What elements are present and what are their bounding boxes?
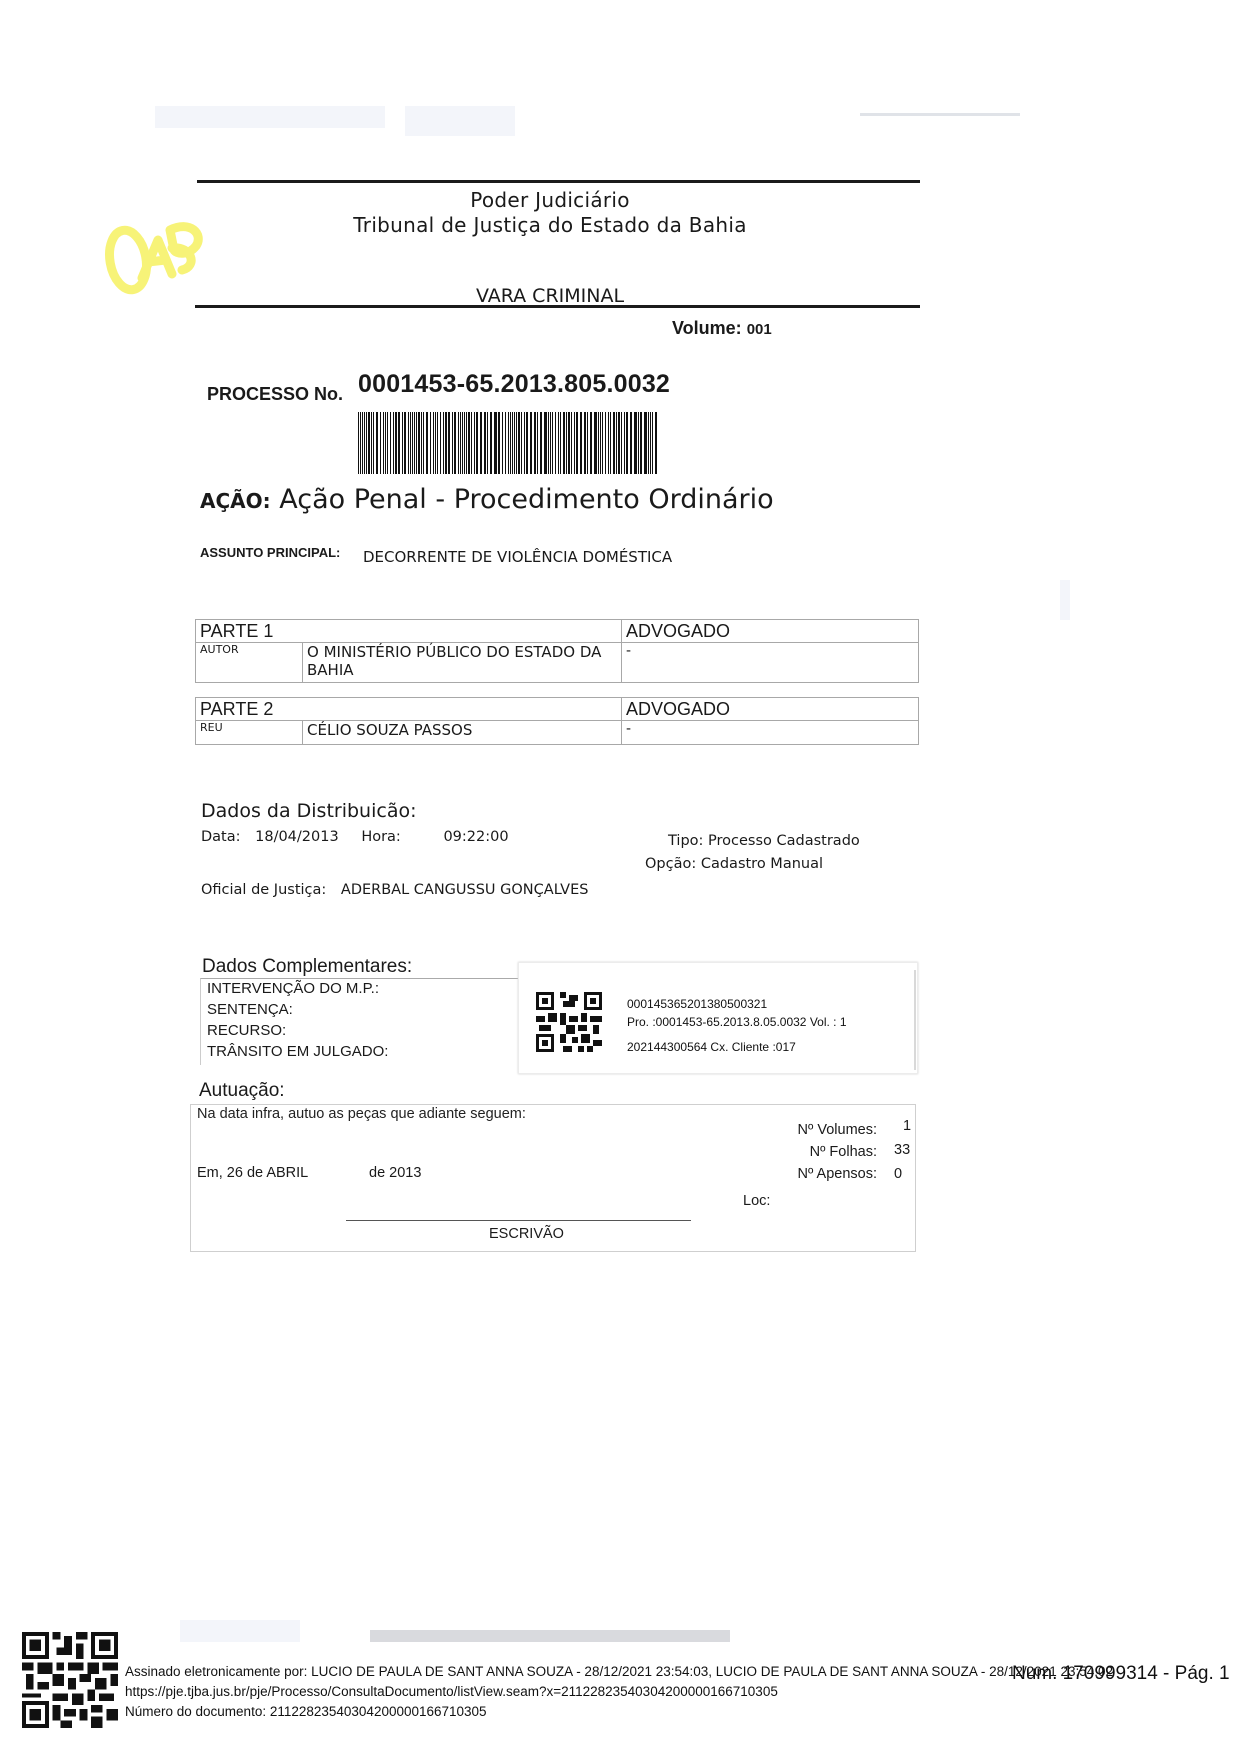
- footer-url[interactable]: https://pje.tjba.jus.br/pje/Processo/Con…: [125, 1684, 778, 1699]
- parte-2-header: PARTE 2: [196, 698, 622, 721]
- autuacao-text: Na data infra, autuo as peças que adiant…: [197, 1106, 526, 1122]
- barcode-bar: [385, 412, 386, 474]
- header-tribunal: Tribunal de Justiça do Estado da Bahia: [180, 213, 920, 237]
- barcode-bar: [630, 412, 632, 474]
- barcode-bar: [502, 412, 503, 474]
- barcode-bar: [358, 412, 359, 474]
- barcode-bar: [574, 412, 575, 474]
- barcode-bar: [610, 412, 611, 474]
- barcode-bar: [645, 412, 647, 474]
- parte-2-table: PARTE 2 ADVOGADO REU CÉLIO SOUZA PASSOS …: [195, 697, 919, 745]
- footer-signed-by: Assinado eletronicamente por: LUCIO DE P…: [125, 1664, 1113, 1679]
- barcode-bar: [408, 412, 409, 474]
- barcode-bar: [460, 412, 461, 474]
- barcode-bar: [368, 412, 370, 474]
- barcode-bar: [524, 412, 525, 474]
- barcode-bar: [480, 412, 482, 474]
- barcode-bar: [585, 412, 586, 474]
- acao-label: AÇÃO:: [200, 489, 271, 513]
- apensos-value: 0: [894, 1166, 902, 1182]
- barcode-bar: [410, 412, 411, 474]
- volume-field: Volume: 001: [672, 318, 772, 339]
- header-top-rule: [197, 180, 920, 183]
- barcode-bar: [602, 412, 603, 474]
- barcode-bar: [366, 412, 367, 474]
- barcode-bar: [624, 412, 625, 474]
- barcode-bar: [433, 412, 434, 474]
- parte-2-role: REU: [196, 721, 303, 745]
- footer-page-number: Num. 170999314 - Pág. 1: [1012, 1663, 1230, 1685]
- opcao-value: Cadastro Manual: [701, 856, 823, 872]
- barcode-bar: [430, 412, 432, 474]
- autuacao-de-ano: de 2013: [369, 1165, 421, 1181]
- opcao-field: Opção: Cadastro Manual: [645, 856, 823, 872]
- barcode-bar: [484, 412, 485, 474]
- signature-line: [346, 1220, 691, 1221]
- barcode-bar: [564, 412, 565, 474]
- barcode-bar: [471, 412, 472, 474]
- parte-1-role: AUTOR: [196, 643, 303, 683]
- barcode-bar: [544, 412, 545, 474]
- qr-code-icon: [22, 1632, 118, 1728]
- distribuicao-data-hora: Data: 18/04/2013 Hora: 09:22:00: [201, 829, 509, 845]
- barcode-bar: [399, 412, 400, 474]
- data-label: Data:: [201, 829, 241, 845]
- barcode-bar: [613, 412, 614, 474]
- loc-label: Loc:: [743, 1193, 770, 1209]
- barcode-bar: [437, 412, 438, 474]
- barcode-bar: [530, 412, 532, 474]
- barcode-bar: [498, 412, 499, 474]
- scan-artifact: [860, 113, 1020, 116]
- barcode-bar: [558, 412, 559, 474]
- acao-field: AÇÃO: Ação Penal - Procedimento Ordinári…: [200, 484, 774, 515]
- barcode-bar: [571, 412, 572, 474]
- barcode-bar: [638, 412, 639, 474]
- opcao-label: Opção:: [645, 856, 696, 872]
- barcode-bar: [605, 412, 607, 474]
- parte-2-advogado-header: ADVOGADO: [622, 698, 919, 721]
- barcode-bar: [537, 412, 538, 474]
- sticker-code: 000145365201380500321: [627, 997, 767, 1011]
- barcode-bar: [421, 412, 422, 474]
- complementares-item: INTERVENÇÃO DO M.P.:: [207, 980, 379, 997]
- folhas-label: Nº Folhas:: [810, 1144, 877, 1160]
- acao-value: Ação Penal - Procedimento Ordinário: [279, 484, 773, 515]
- scan-artifact: [405, 106, 515, 136]
- barcode-bar: [555, 412, 557, 474]
- volumes-label: Nº Volumes:: [798, 1122, 877, 1138]
- barcode-bar: [634, 412, 635, 474]
- barcode-bar: [487, 412, 488, 474]
- barcode-bar: [545, 412, 547, 474]
- tipo-label: Tipo:: [668, 833, 703, 849]
- barcode-bar: [534, 412, 535, 474]
- archive-label-sticker: 000145365201380500321 Pro. :0001453-65.2…: [518, 962, 918, 1074]
- barcode-bar: [464, 412, 465, 474]
- autuacao-box: Na data infra, autuo as peças que adiant…: [190, 1104, 916, 1252]
- scan-artifact: [370, 1630, 730, 1642]
- processo-number: 0001453-65.2013.805.0032: [358, 370, 670, 399]
- barcode-bar: [521, 412, 522, 474]
- barcode-bar: [426, 412, 428, 474]
- barcode-bar: [380, 412, 382, 474]
- barcode-bar: [594, 412, 595, 474]
- barcode-bar: [652, 412, 653, 474]
- barcode-bar: [443, 412, 444, 474]
- barcode-bar: [418, 412, 420, 474]
- data-value: 18/04/2013: [255, 829, 339, 845]
- oficial-field: Oficial de Justiça: ADERBAL CANGUSSU GON…: [201, 882, 588, 898]
- barcode-bar: [587, 412, 588, 474]
- barcode-bar: [516, 412, 517, 474]
- barcode-bar: [412, 412, 413, 474]
- barcode-bar: [390, 412, 392, 474]
- barcode-bar: [614, 412, 615, 474]
- barcode-bar: [435, 412, 436, 474]
- processo-label: PROCESSO No.: [207, 384, 343, 405]
- scan-artifact: [155, 106, 385, 128]
- barcode-bar: [362, 412, 363, 474]
- hora-value: 09:22:00: [443, 829, 508, 845]
- barcode-bar: [598, 412, 599, 474]
- barcode-bar: [548, 412, 549, 474]
- barcode-bar: [485, 412, 486, 474]
- folhas-value: 33: [894, 1142, 910, 1158]
- barcode-bar: [445, 412, 447, 474]
- parte-1-table: PARTE 1 ADVOGADO AUTOR O MINISTÉRIO PÚBL…: [195, 619, 919, 683]
- barcode-bar: [495, 412, 497, 474]
- oficial-value: ADERBAL CANGUSSU GONÇALVES: [341, 882, 589, 898]
- distribuicao-title: Dados da Distribuicão:: [201, 800, 417, 822]
- hora-label: Hora:: [361, 829, 401, 845]
- barcode-bar: [458, 412, 459, 474]
- barcode-bar: [568, 412, 570, 474]
- barcode-bar: [474, 412, 475, 474]
- barcode-bar: [514, 412, 515, 474]
- barcode-icon: [358, 412, 658, 474]
- barcode-bar: [476, 412, 478, 474]
- barcode-bar: [618, 412, 620, 474]
- complementares-box: INTERVENÇÃO DO M.P.: SENTENÇA: RECURSO: …: [200, 978, 521, 1065]
- barcode-bar: [494, 412, 495, 474]
- header-poder-judiciario: Poder Judiciário: [180, 188, 920, 212]
- header-bottom-rule: [195, 305, 920, 308]
- barcode-bar: [393, 412, 394, 474]
- tipo-field: Tipo: Processo Cadastrado: [668, 833, 860, 849]
- parte-1-advogado-header: ADVOGADO: [622, 620, 919, 643]
- parte-1-name: O MINISTÉRIO PÚBLICO DO ESTADO DA BAHIA: [303, 643, 622, 683]
- barcode-bar: [518, 412, 520, 474]
- barcode-bar: [535, 412, 536, 474]
- footer-doc-number: Número do documento: 2112282354030420000…: [125, 1704, 487, 1719]
- barcode-bar: [576, 412, 578, 474]
- barcode-bar: [490, 412, 492, 474]
- barcode-bar: [376, 412, 378, 474]
- complementares-item: RECURSO:: [207, 1022, 286, 1039]
- barcode-bar: [505, 412, 507, 474]
- scan-artifact: [1060, 580, 1070, 620]
- sticker-processo: Pro. :0001453-65.2013.8.05.0032 Vol. : 1: [627, 1015, 847, 1029]
- barcode-bar: [526, 412, 528, 474]
- vara-title: VARA CRIMINAL: [180, 285, 920, 307]
- barcode-bar: [644, 412, 645, 474]
- barcode-bar: [508, 412, 509, 474]
- barcode-bar: [416, 412, 417, 474]
- complementares-item: TRÂNSITO EM JULGADO:: [207, 1043, 388, 1060]
- barcode-bar: [512, 412, 513, 474]
- barcode-bar: [454, 412, 456, 474]
- volume-label: Volume:: [672, 318, 742, 338]
- barcode-bar: [499, 412, 500, 474]
- complementares-title: Dados Complementares:: [202, 956, 412, 978]
- barcode-bar: [621, 412, 622, 474]
- barcode-bar: [449, 412, 450, 474]
- barcode-bar: [540, 412, 542, 474]
- barcode-bar: [616, 412, 617, 474]
- barcode-bar: [414, 412, 415, 474]
- assunto-label: ASSUNTO PRINCIPAL:: [200, 545, 340, 560]
- barcode-bar: [626, 412, 628, 474]
- barcode-bar: [550, 412, 551, 474]
- barcode-bar: [404, 412, 406, 474]
- barcode-bar: [448, 412, 449, 474]
- barcode-bar: [640, 412, 642, 474]
- scan-artifact: [180, 1620, 300, 1642]
- barcode-bar: [655, 412, 657, 474]
- qr-code-icon: [536, 992, 602, 1052]
- complementares-item: SENTENÇA:: [207, 1001, 293, 1018]
- barcode-bar: [584, 412, 585, 474]
- barcode-bar: [387, 412, 388, 474]
- barcode-bar: [563, 412, 564, 474]
- barcode-bar: [466, 412, 467, 474]
- barcode-bar: [608, 412, 609, 474]
- barcode-bar: [595, 412, 597, 474]
- barcode-bar: [468, 412, 470, 474]
- parte-2-name: CÉLIO SOUZA PASSOS: [303, 721, 622, 745]
- barcode-bar: [364, 412, 365, 474]
- barcode-bar: [650, 412, 651, 474]
- barcode-bar: [566, 412, 567, 474]
- barcode-bar: [462, 412, 463, 474]
- barcode-bar: [373, 412, 374, 474]
- barcode-bar: [635, 412, 636, 474]
- volumes-value: 1: [903, 1118, 911, 1134]
- barcode-bar: [452, 412, 453, 474]
- barcode-bar: [371, 412, 372, 474]
- barcode-bar: [600, 412, 601, 474]
- barcode-bar: [590, 412, 592, 474]
- oficial-label: Oficial de Justiça:: [201, 882, 326, 898]
- barcode-bar: [360, 412, 361, 474]
- volume-value: 001: [747, 321, 772, 338]
- barcode-bar: [398, 412, 399, 474]
- autuacao-title: Autuação:: [199, 1080, 285, 1102]
- barcode-bar: [402, 412, 403, 474]
- barcode-bar: [648, 412, 649, 474]
- barcode-bar: [440, 412, 442, 474]
- parte-1-header: PARTE 1: [196, 620, 622, 643]
- apensos-label: Nº Apensos:: [798, 1166, 877, 1182]
- barcode-bar: [580, 412, 582, 474]
- sticker-caixa: 202144300564 Cx. Cliente :017: [627, 1040, 796, 1054]
- barcode-bar: [383, 412, 384, 474]
- barcode-bar: [552, 412, 553, 474]
- parte-1-advogado: -: [622, 643, 919, 683]
- barcode-bar: [423, 412, 424, 474]
- barcode-bar: [510, 412, 511, 474]
- barcode-bar: [560, 412, 561, 474]
- autuacao-em-data: Em, 26 de ABRIL: [197, 1165, 308, 1181]
- parte-2-advogado: -: [622, 721, 919, 745]
- assunto-value: DECORRENTE DE VIOLÊNCIA DOMÉSTICA: [363, 548, 672, 566]
- tipo-value: Processo Cadastrado: [708, 833, 860, 849]
- escrivao-label: ESCRIVÃO: [489, 1226, 564, 1242]
- barcode-bar: [395, 412, 397, 474]
- sticker-shadow-edge: [914, 970, 916, 1070]
